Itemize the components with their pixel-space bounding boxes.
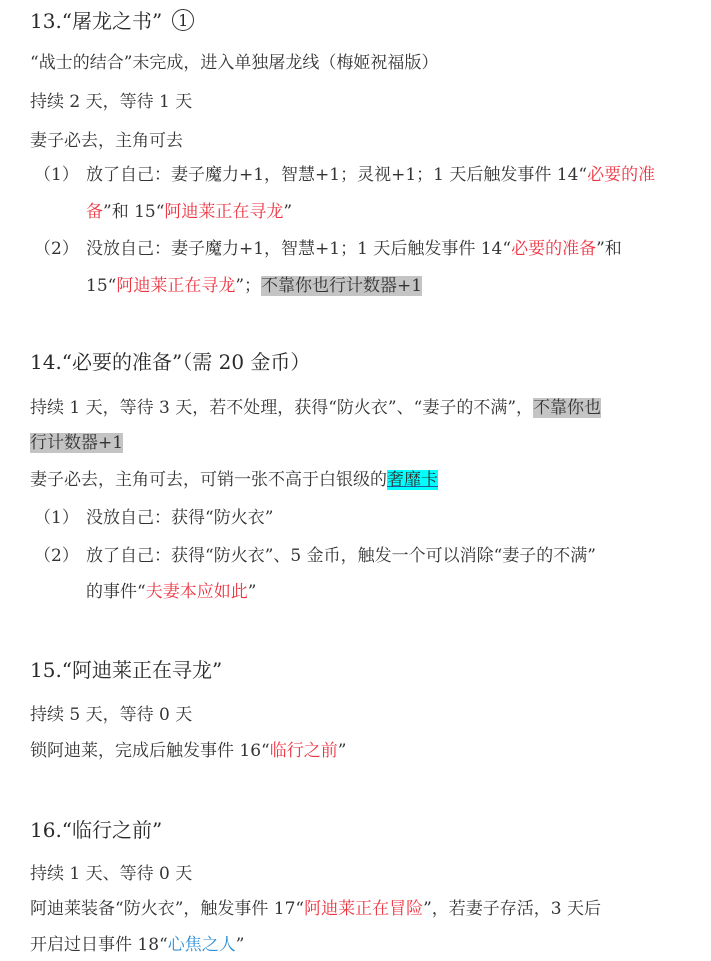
paragraph: 开启过日事件 18“心焦之人” <box>30 932 244 958</box>
text: 放了自己：获得“防火衣”、5 金币，触发一个可以消除“妻子的不满” <box>86 546 596 566</box>
section-15-heading: 15.“阿迪莱正在寻龙” <box>30 655 222 685</box>
paragraph: 阿迪莱装备“防火衣”，触发事件 17“阿迪莱正在冒险”，若妻子存活，3 天后 <box>30 896 601 922</box>
text: ”和 15“ <box>103 202 164 222</box>
event-link: 必要的准 <box>587 165 655 185</box>
list-number: （1） <box>34 162 86 188</box>
text: 妻子必去，主角可去，可销一张不高于白银级的 <box>30 470 387 490</box>
section-14-heading: 14.“必要的准备”（需 20 金币） <box>30 347 310 377</box>
paragraph: 持续 1 天，等待 3 天，若不处理，获得“防火衣”、“妻子的不满”，不靠你也 <box>30 395 601 421</box>
list-item: （1）没放自己：获得“防火衣” <box>34 505 273 531</box>
circled-number-icon: 1 <box>172 9 194 31</box>
text: 持续 1 天，等待 3 天，若不处理，获得“防火衣”、“妻子的不满”， <box>30 398 533 418</box>
list-item: （2）没放自己：妻子魔力+1，智慧+1；1 天后触发事件 14“必要的准备”和 <box>34 236 622 262</box>
text: 开启过日事件 18“ <box>30 935 168 955</box>
text: 15“ <box>86 276 116 296</box>
paragraph: 持续 1 天、等待 0 天 <box>30 861 192 887</box>
event-link: 阿迪莱正在寻龙 <box>164 202 283 222</box>
list-number: （1） <box>34 505 86 531</box>
highlighted-counter: 行计数器+1 <box>30 433 123 453</box>
text: ” <box>236 935 245 955</box>
text: ” <box>338 741 347 761</box>
paragraph: 妻子必去，主角可去 <box>30 128 183 154</box>
event-link: 阿迪莱正在寻龙 <box>116 276 235 296</box>
highlighted-counter: 不靠你也行计数器+1 <box>261 276 422 296</box>
event-link: 夫妻本应如此 <box>146 582 248 602</box>
highlighted-counter: 不靠你也 <box>533 398 601 418</box>
event-link: 阿迪莱正在冒险 <box>304 899 423 919</box>
paragraph: 持续 5 天，等待 0 天 <box>30 702 192 728</box>
highlighted-card: 奢靡卡 <box>387 470 438 490</box>
event-link: 备 <box>86 202 103 222</box>
text: ”； <box>235 276 261 296</box>
heading-text: 13.“屠龙之书” <box>30 9 162 33</box>
event-link: 临行之前 <box>270 741 338 761</box>
list-item-continuation: 15“阿迪莱正在寻龙”；不靠你也行计数器+1 <box>86 273 422 299</box>
list-number: （2） <box>34 236 86 262</box>
paragraph: “战士的结合”未完成，进入单独屠龙线（梅姬祝福版） <box>30 50 438 76</box>
text: 锁阿迪莱，完成后触发事件 16“ <box>30 741 270 761</box>
event-link: 必要的准备 <box>511 239 596 259</box>
paragraph: 妻子必去，主角可去，可销一张不高于白银级的奢靡卡 <box>30 467 438 493</box>
list-item: （1）放了自己：妻子魔力+1，智慧+1；灵视+1；1 天后触发事件 14“必要的… <box>34 162 655 188</box>
paragraph: 锁阿迪莱，完成后触发事件 16“临行之前” <box>30 738 346 764</box>
text: 放了自己：妻子魔力+1，智慧+1；灵视+1；1 天后触发事件 14“ <box>86 165 587 185</box>
text: 没放自己：妻子魔力+1，智慧+1；1 天后触发事件 14“ <box>86 239 511 259</box>
text: ”和 <box>596 239 622 259</box>
event-link: 心焦之人 <box>168 935 236 955</box>
text: 没放自己：获得“防火衣” <box>86 508 273 528</box>
section-13-heading: 13.“屠龙之书”1 <box>30 6 194 36</box>
list-number: （2） <box>34 543 86 569</box>
text: 的事件“ <box>86 582 146 602</box>
text: ”，若妻子存活，3 天后 <box>423 899 601 919</box>
paragraph: 行计数器+1 <box>30 430 123 456</box>
text: ” <box>283 202 292 222</box>
text: ” <box>248 582 257 602</box>
list-item: （2）放了自己：获得“防火衣”、5 金币，触发一个可以消除“妻子的不满” <box>34 543 596 569</box>
paragraph: 持续 2 天，等待 1 天 <box>30 89 192 115</box>
section-16-heading: 16.“临行之前” <box>30 815 162 845</box>
list-item-continuation: 备”和 15“阿迪莱正在寻龙” <box>86 199 292 225</box>
text: 阿迪莱装备“防火衣”，触发事件 17“ <box>30 899 304 919</box>
list-item-continuation: 的事件“夫妻本应如此” <box>86 579 256 605</box>
